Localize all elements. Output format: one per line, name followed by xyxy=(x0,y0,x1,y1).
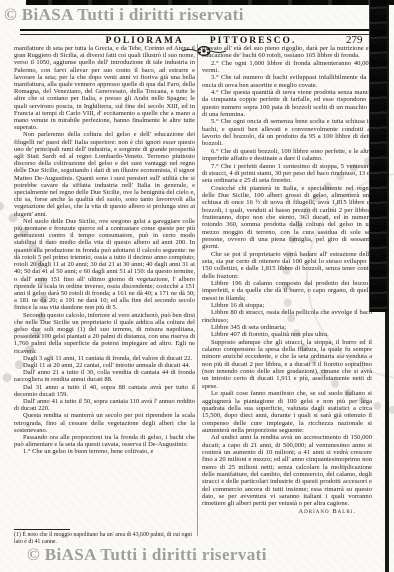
header-double-rule xyxy=(20,29,372,35)
list-item: 2.° Che ogni 1,000 libbre di fronda alim… xyxy=(202,60,372,75)
paragraph: Questa rendita si manterrà un secolo per… xyxy=(14,412,195,434)
list-item: 6.° Che di questi bozzoli, 100 libbre so… xyxy=(202,148,372,163)
footnote-text: (1) È noto che il moggio napolitano ha u… xyxy=(14,532,192,546)
copyright-watermark-top: © BiASA Tutti i diritti riservati xyxy=(4,5,244,25)
paragraph: giovato all' età del suo pieno rigoglio,… xyxy=(202,45,372,60)
list-item: 5.° Che ogni oncia di semenza bene scelt… xyxy=(202,118,372,147)
paragraph: Supposto adunque che gli stracci, la sto… xyxy=(202,339,372,390)
list-item: Libbre 80 di stracci, ossia della pellic… xyxy=(202,309,372,324)
list-item: 7.° Che i perfetti danno 1 centesimo di … xyxy=(202,163,372,185)
text-column-right: giovato all' età del suo pieno rigoglio,… xyxy=(202,45,372,545)
book-gutter-shadow xyxy=(369,0,387,312)
paragraph: Cosicché chi pianterà in Italia, e speci… xyxy=(202,185,372,251)
copyright-watermark-bottom: © BiASA Tutti i diritti riservati xyxy=(27,545,267,565)
paragraph: Che se poi il proprietario vorrà badare … xyxy=(202,251,372,280)
paragraph: Ad undici anni la rendita avrà un accres… xyxy=(202,434,372,507)
list-item: Libbre 16 di stoppa; xyxy=(202,302,372,309)
author-signature: Adriano Balbi. xyxy=(202,508,372,515)
paragraph: manifatture di seta per tutta la Grecia,… xyxy=(14,45,195,131)
text-column-left: manifatture di seta per tutta la Grecia,… xyxy=(14,45,195,529)
list-item: 3.° Che tal numero di bachi sviluppasi i… xyxy=(202,74,372,89)
footnote: (1) È noto che il moggio napolitano ha u… xyxy=(14,529,192,546)
paragraph: Secondo questo calcolo, inferiore al ver… xyxy=(14,312,195,355)
list-item: Libbre 345 di seta ordinaria; xyxy=(202,324,372,331)
scanned-page: © BiASA Tutti i diritti riservati © BiAS… xyxy=(0,0,394,572)
list-item: Dall' anno 21 a tutto il 30, colla vendi… xyxy=(14,369,195,383)
paragraph: Nel suolo delle Due Sicilie, ove sorgono… xyxy=(14,218,195,312)
list-item: Libbre 196 di calamo composto dal prodot… xyxy=(202,280,372,302)
list-item: Dal 31 anno a tutto il 40, sopra 88 cant… xyxy=(14,384,195,398)
paragraph: Passando ora alle proporzioni tra la fro… xyxy=(14,434,195,448)
list-item: Dagli 11 ai 20 anni, 22 cantai, coll' in… xyxy=(14,362,195,369)
paragraph: 1.° Che un gelso in buon terreno, bene c… xyxy=(14,448,195,455)
paragraph: Non parleremo della coltura del gelso e … xyxy=(14,131,195,217)
list-item: Dagli 3 agli 11 anni, 11 cantaia di fron… xyxy=(14,355,195,362)
list-item: Libbre 407 di fioretto, qualità non plus… xyxy=(202,331,372,338)
list-item: Dall' anno 41 a tutto il 50, sopra canta… xyxy=(14,398,195,412)
column-divider-rule xyxy=(197,44,198,536)
footnote-rule xyxy=(14,529,70,530)
list-item: 4.° Che questa quantità di uova viene pr… xyxy=(202,89,372,118)
paragraph: Le quali cose fanno manifesto che, se su… xyxy=(202,390,372,434)
